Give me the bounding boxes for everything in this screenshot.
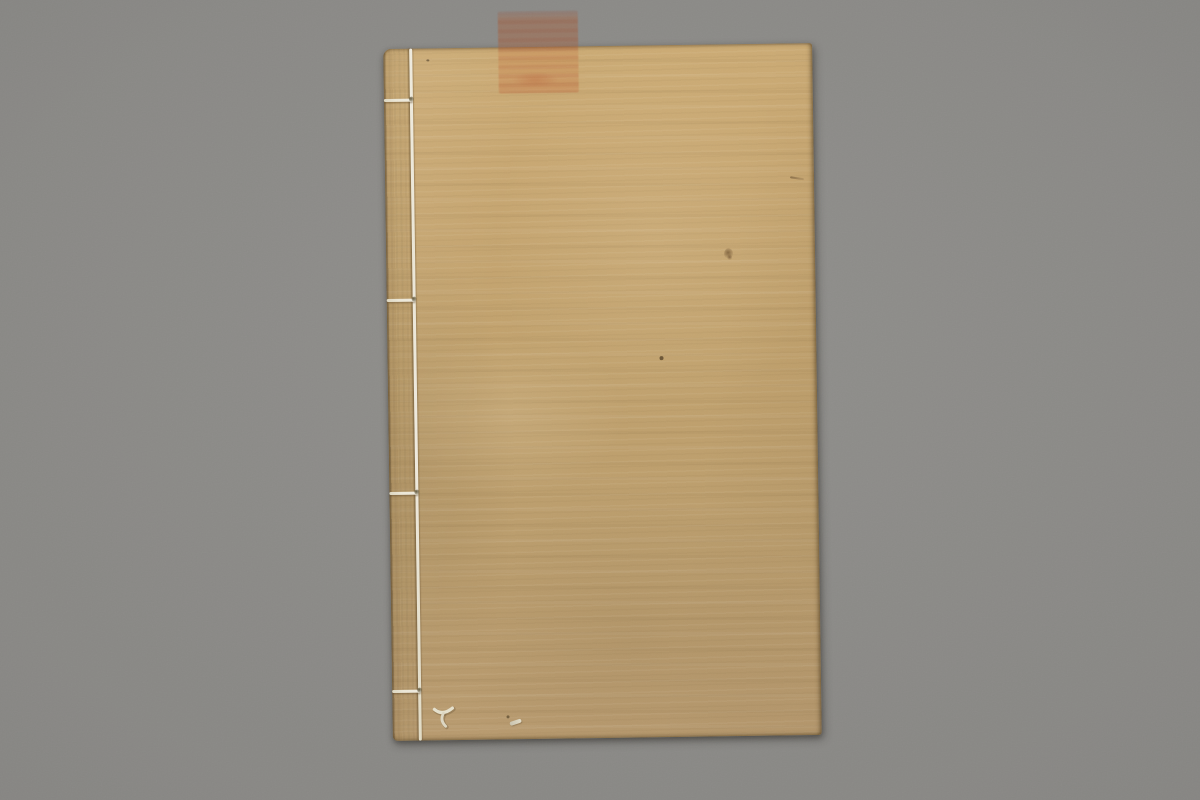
thread-tail: [430, 700, 460, 730]
binding-hole: [412, 297, 417, 302]
photo-caption: Back cover of an antique stab-stitched r…: [0, 0, 1, 1]
book-cover: [383, 43, 822, 741]
binding-hole: [414, 490, 419, 495]
tape-residue: [498, 10, 579, 93]
paper-fiber: [790, 176, 804, 180]
photo-backdrop: Back cover of an antique stab-stitched r…: [0, 0, 1200, 800]
stain-speck: [660, 356, 664, 360]
binding-hole: [409, 97, 414, 102]
stain-speck: [507, 715, 510, 718]
paper-scrap: [509, 718, 522, 726]
stain-spot: [724, 248, 733, 259]
stain-speck: [426, 59, 429, 61]
binding-hole: [417, 688, 422, 693]
